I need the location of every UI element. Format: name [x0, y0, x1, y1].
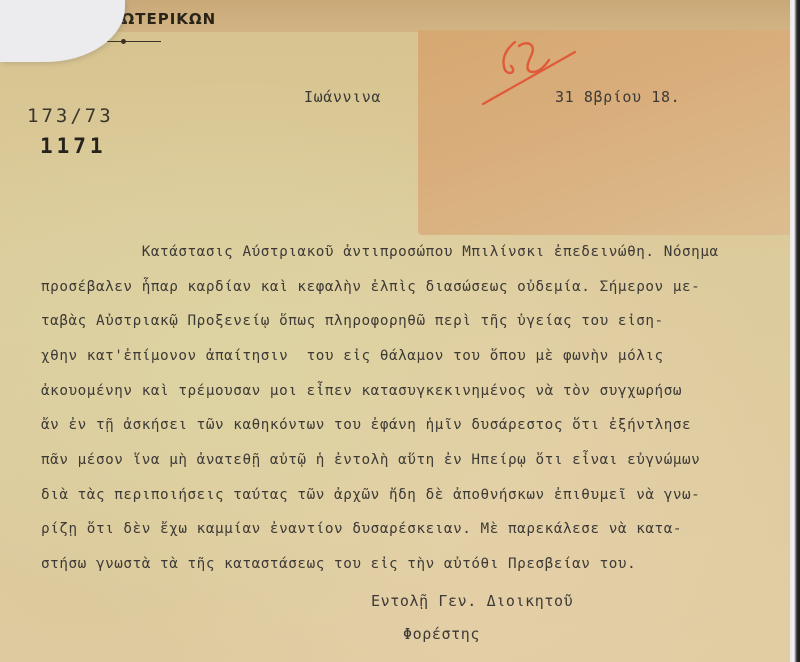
- letterhead-ornament-dot: [121, 39, 126, 44]
- body-line: στήσω γνωστὰ τὰ τῆς καταστάσεως του εἰς …: [41, 556, 636, 572]
- body-line: ρίζῃ ὅτι δὲν ἔχω καμμίαν ἐναντίον δυσαρέ…: [41, 521, 682, 537]
- body-line: ἄν ἐν τῇ ἀσκήσει τῶν καθηκόντων του ἐφάν…: [41, 417, 691, 433]
- signature-name: Φορέστης: [403, 625, 480, 643]
- body-line: χθην κατ'ἐπίμονον ἀπαίτησιν του εἰς θάλα…: [41, 348, 664, 364]
- reference-number-secondary: 1171: [40, 134, 107, 158]
- body-line: Κατάστασις Αύστριακοῦ ἀντιπροσώπου Μπιλί…: [41, 244, 719, 260]
- body-line: ταβὰς Αὐστριακῷ Προξενείῳ ὅπως πληροφορη…: [41, 313, 664, 329]
- signature-authority: Εντολῇ Γεν. Διοικητοῦ: [371, 592, 573, 610]
- scan-right-edge: [790, 0, 800, 662]
- document-date: 31 8βρίου 18.: [555, 88, 680, 106]
- body-line: προσέβαλεν ἧπαρ καρδίαν καὶ κεφαλὴν ἐλπὶ…: [41, 279, 700, 295]
- reference-number-primary: 173/73: [27, 105, 114, 127]
- body-line: πᾶν μέσον ἵνα μὴ ἀνατεθῇ αὐτῷ ἡ ἐντολὴ α…: [41, 452, 700, 468]
- place-name: Ιωάννινα: [304, 88, 381, 106]
- document-page: Ν ΕΞΩΤΕΡΙΚΩΝ 52 173/73 1171 Ιωάννινα 31 …: [0, 0, 792, 662]
- body-line: διὰ τὰς περιποιήσεις ταύτας τῶν ἀρχῶν ἤδ…: [41, 487, 700, 503]
- body-line: ἀκουομένην καὶ τρέμουσαν μοι εἶπεν κατασ…: [41, 383, 682, 399]
- overlapping-paper-patch: [418, 30, 790, 235]
